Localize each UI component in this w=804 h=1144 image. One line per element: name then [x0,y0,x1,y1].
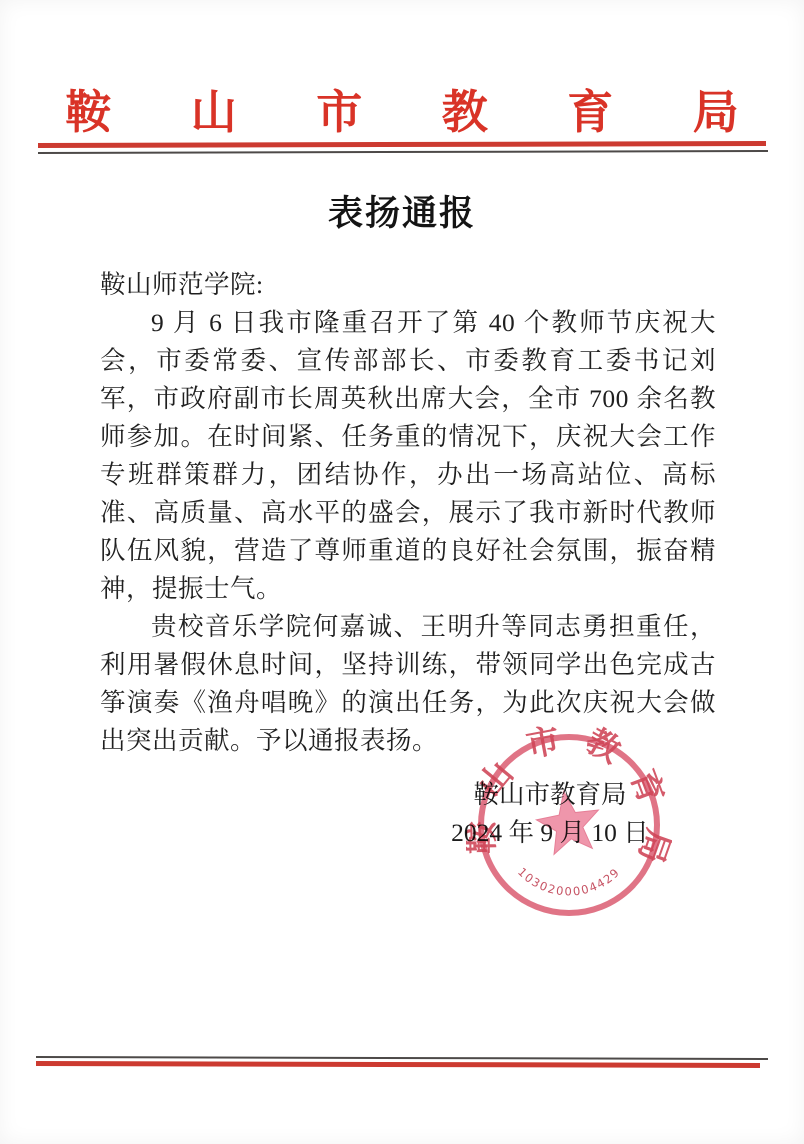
letterhead-rule-red [38,141,766,148]
footer-rule-dark [36,1056,768,1060]
body-paragraph: 9 月 6 日我市隆重召开了第 40 个教师节庆祝大会，市委常委、宣传部部长、市… [100,304,716,608]
document-body: 鞍山师范学院: 9 月 6 日我市隆重召开了第 40 个教师节庆祝大会，市委常委… [100,266,716,760]
document-title: 表扬通报 [0,186,804,236]
agency-letterhead: 鞍 山 市 教 育 局 [0,76,804,142]
signature-block: 鞍山市教育局 2024 年 9 月 10 日 [430,776,670,852]
footer-rule-red [36,1061,760,1067]
signature-organization: 鞍山市教育局 [430,776,670,814]
salutation: 鞍山师范学院: [100,266,716,304]
document-page: 鞍 山 市 教 育 局 表扬通报 鞍山师范学院: 9 月 6 日我市隆重召开了第… [0,0,804,1144]
body-paragraph: 贵校音乐学院何嘉诚、王明升等同志勇担重任，利用暑假休息时间，坚持训练，带领同学出… [100,608,716,760]
signature-date: 2024 年 9 月 10 日 [430,814,670,852]
letterhead-rule-dark [38,150,768,154]
